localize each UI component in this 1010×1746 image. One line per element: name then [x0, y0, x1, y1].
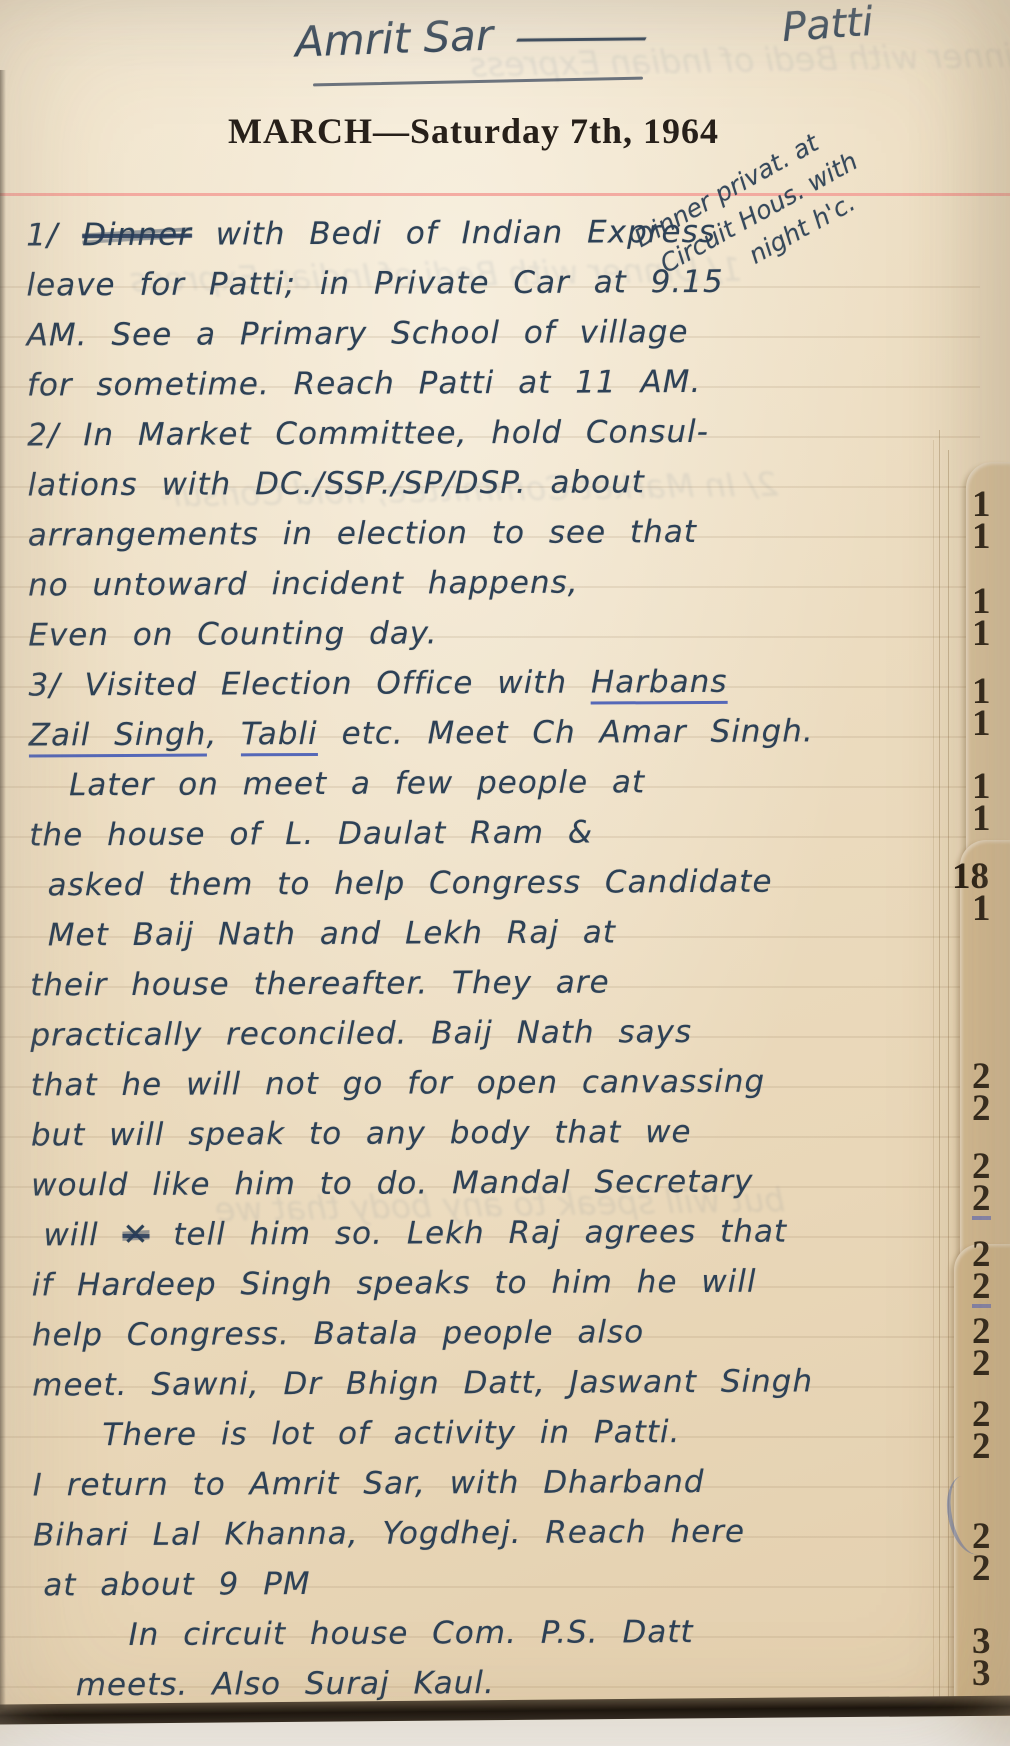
body-text: meet. Sawni, Dr Bhign Datt, Jaswant Sing… — [32, 1363, 813, 1403]
body-text: practically reconciled. Baij Nath says — [30, 1014, 692, 1053]
body-line: Even on Counting day. — [28, 606, 978, 661]
body-line: that he will not go for open canvassing — [31, 1056, 981, 1111]
body-text: Bihari Lal Khanna, Yogdhej. Reach here — [33, 1514, 745, 1554]
body-line: meet. Sawni, Dr Bhign Datt, Jaswant Sing… — [32, 1356, 982, 1411]
underlined-name: Harbans — [591, 664, 728, 705]
struck-out-text: ✕ — [122, 1217, 149, 1253]
underlined-name: Tabli — [241, 716, 318, 756]
book-left-edge — [0, 70, 6, 1710]
body-text: etc. Meet Ch Amar Singh. — [318, 713, 814, 752]
body-line: AM. See a Primary School of village — [27, 306, 977, 361]
body-text: no untoward incident happens, — [28, 565, 579, 604]
heading-underline — [313, 77, 643, 87]
body-line: help Congress. Batala people also — [32, 1306, 982, 1361]
body-line: but will speak to any body that we — [31, 1106, 981, 1161]
body-line: asked them to help Congress Candidate — [47, 856, 979, 911]
body-text: tell him so. Lekh Raj agrees that — [149, 1214, 787, 1253]
body-line: no untoward incident happens, — [28, 556, 978, 611]
edge-page-number: 2 — [972, 1270, 991, 1304]
body-text: for sometime. Reach Patti at 11 AM. — [27, 364, 702, 404]
body-line: their house thereafter. They are — [30, 956, 980, 1011]
body-text: , — [206, 716, 241, 752]
body-text: AM. See a Primary School of village — [27, 314, 689, 353]
body-text: Met Baij Nath and Lekh Raj at — [48, 914, 616, 953]
diary-entry-body: 1/ Dinner with Bedi of Indian Expresslea… — [26, 206, 984, 1711]
heading-dash: — — [507, 11, 656, 61]
edge-page-number: 2 — [972, 1182, 991, 1216]
edge-page-number: 1 — [972, 892, 991, 926]
body-line: would like him to do. Mandal Secretary — [31, 1156, 981, 1211]
body-text: leave for Patti; in Private Car at 9.15 — [26, 264, 723, 304]
edge-page-number: 2 — [972, 1552, 991, 1586]
body-text: their house thereafter. They are — [30, 964, 610, 1003]
body-line: I return to Amrit Sar, with Dharband — [33, 1456, 983, 1511]
heading-place-left: Amrit Sar — [294, 11, 494, 67]
edge-page-number: 2 — [972, 1347, 991, 1381]
body-text: if Hardeep Singh speaks to him he will — [32, 1264, 757, 1304]
body-line: There is lot of activity in Patti. — [102, 1406, 982, 1461]
edge-page-number: 1 — [972, 520, 991, 554]
edge-page-number: 2 — [972, 1430, 991, 1464]
body-text: Even on Counting day. — [28, 615, 437, 653]
body-text: 2/ In Market Committee, hold Consul- — [27, 414, 709, 454]
body-text: at about 9 PM — [43, 1566, 311, 1603]
body-text: In circuit house Com. P.S. Datt — [128, 1614, 693, 1653]
body-text: meets. Also Suraj Kaul. — [76, 1665, 495, 1703]
edge-page-number: 1 — [972, 617, 991, 651]
body-line: the house of L. Daulat Ram & — [29, 806, 979, 861]
body-line: Met Baij Nath and Lekh Raj at — [48, 906, 980, 961]
body-text: arrangements in election to see that — [28, 514, 697, 554]
body-text: There is lot of activity in Patti. — [102, 1414, 680, 1453]
body-line: at about 9 PM — [43, 1556, 983, 1611]
body-text: that he will not go for open canvassing — [31, 1064, 766, 1104]
edge-page-number: 3 — [972, 1657, 991, 1691]
body-line: for sometime. Reach Patti at 11 AM. — [27, 356, 977, 411]
body-text: help Congress. Batala people also — [32, 1314, 644, 1353]
body-line: leave for Patti; in Private Car at 9.15 — [26, 256, 976, 311]
body-line: 1/ Dinner with Bedi of Indian Express — [26, 206, 976, 261]
body-line: if Hardeep Singh speaks to him he will — [32, 1256, 982, 1311]
edge-page-number: 2 — [972, 1092, 991, 1126]
body-text: asked them to help Congress Candidate — [48, 864, 773, 904]
body-text: Later on meet a few people at — [69, 764, 645, 803]
body-line: 2/ In Market Committee, hold Consul- — [27, 406, 977, 461]
body-line: Zail Singh, Tabli etc. Meet Ch Amar Sing… — [29, 706, 979, 761]
diary-page-scan: 1/ Dinner with Bedi of Indian Express1/ … — [0, 0, 1010, 1746]
handwritten-heading: Amrit Sar — Patti — [0, 0, 1010, 100]
body-text: but will speak to any body that we — [31, 1114, 692, 1153]
body-text: lations with DC./SSP./SP/DSP. about — [27, 464, 645, 503]
page-edge-hairline — [939, 430, 940, 1710]
body-text: 1/ — [26, 217, 82, 253]
body-text: the house of L. Daulat Ram & — [29, 815, 593, 854]
body-line: practically reconciled. Baij Nath says — [30, 1006, 980, 1061]
heading-place-right: Patti — [781, 0, 875, 51]
body-line: In circuit house Com. P.S. Datt — [128, 1606, 983, 1660]
body-text: 3/ Visited Election Office with — [28, 665, 591, 704]
page-edge-hairline — [933, 440, 934, 1710]
underlined-name: Zail Singh — [29, 717, 207, 758]
body-line: Later on meet a few people at — [69, 756, 979, 811]
struck-out-text: Dinner — [82, 217, 192, 254]
body-text: I return to Amrit Sar, with Dharband — [33, 1464, 705, 1504]
edge-page-number: 1 — [972, 707, 991, 741]
body-text: with Bedi of Indian Express — [192, 214, 716, 253]
body-text: will — [43, 1217, 122, 1253]
body-line: lations with DC./SSP./SP/DSP. about — [27, 456, 977, 511]
body-line: will ✕ tell him so. Lekh Raj agrees that — [43, 1206, 981, 1261]
printed-date-header: MARCH—Saturday 7th, 1964 — [228, 110, 719, 152]
body-line: 3/ Visited Election Office with Harbans — [28, 656, 978, 711]
edge-page-number: 1 — [972, 802, 991, 836]
body-line: arrangements in election to see that — [28, 506, 978, 561]
body-text: would like him to do. Mandal Secretary — [31, 1164, 753, 1204]
body-line: Bihari Lal Khanna, Yogdhej. Reach here — [33, 1506, 983, 1561]
